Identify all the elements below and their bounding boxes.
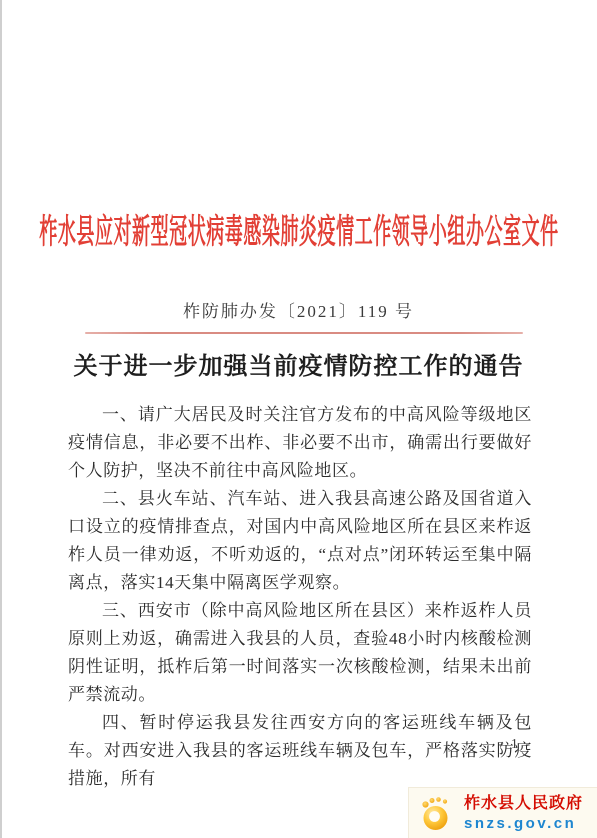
- document-page: 柞水县应对新型冠状病毒感染肺炎疫情工作领导小组办公室文件 柞防肺办发〔2021〕…: [0, 0, 597, 838]
- paragraph-1: 一、请广大居民及时关注官方发布的中高风险等级地区疫情信息，非必要不出柞、非必要不…: [68, 401, 532, 485]
- page-title: 关于进一步加强当前疫情防控工作的通告: [0, 346, 597, 381]
- paragraph-2: 二、县火车站、汽车站、进入我县高速公路及国省道入口设立的疫情排查点，对国内中高风…: [68, 485, 532, 597]
- document-body: 一、请广大居民及时关注官方发布的中高风险等级地区疫情信息，非必要不出柞、非必要不…: [68, 401, 532, 793]
- paragraph-3: 三、西安市（除中高风险地区所在县区）来柞返柞人员原则上劝返，确需进入我县的人员，…: [68, 597, 532, 709]
- page-number: - 1 -: [68, 737, 532, 753]
- gov-badge-text: 柞水县人民政府 snzs.gov.cn: [464, 794, 583, 833]
- gov-watermark-badge[interactable]: 柞水县人民政府 snzs.gov.cn: [408, 787, 597, 838]
- gov-url[interactable]: snzs.gov.cn: [464, 814, 583, 833]
- document-header: 柞水县应对新型冠状病毒感染肺炎疫情工作领导小组办公室文件: [0, 204, 597, 252]
- scan-edge-strip: [0, 0, 2, 838]
- gov-name: 柞水县人民政府: [464, 794, 583, 814]
- red-divider-line: [85, 332, 523, 334]
- footprint-icon: [419, 794, 455, 832]
- doc-number: 柞防肺办发〔2021〕119 号: [0, 297, 597, 322]
- org-title: 柞水县应对新型冠状病毒感染肺炎疫情工作领导小组办公室文件: [39, 204, 558, 253]
